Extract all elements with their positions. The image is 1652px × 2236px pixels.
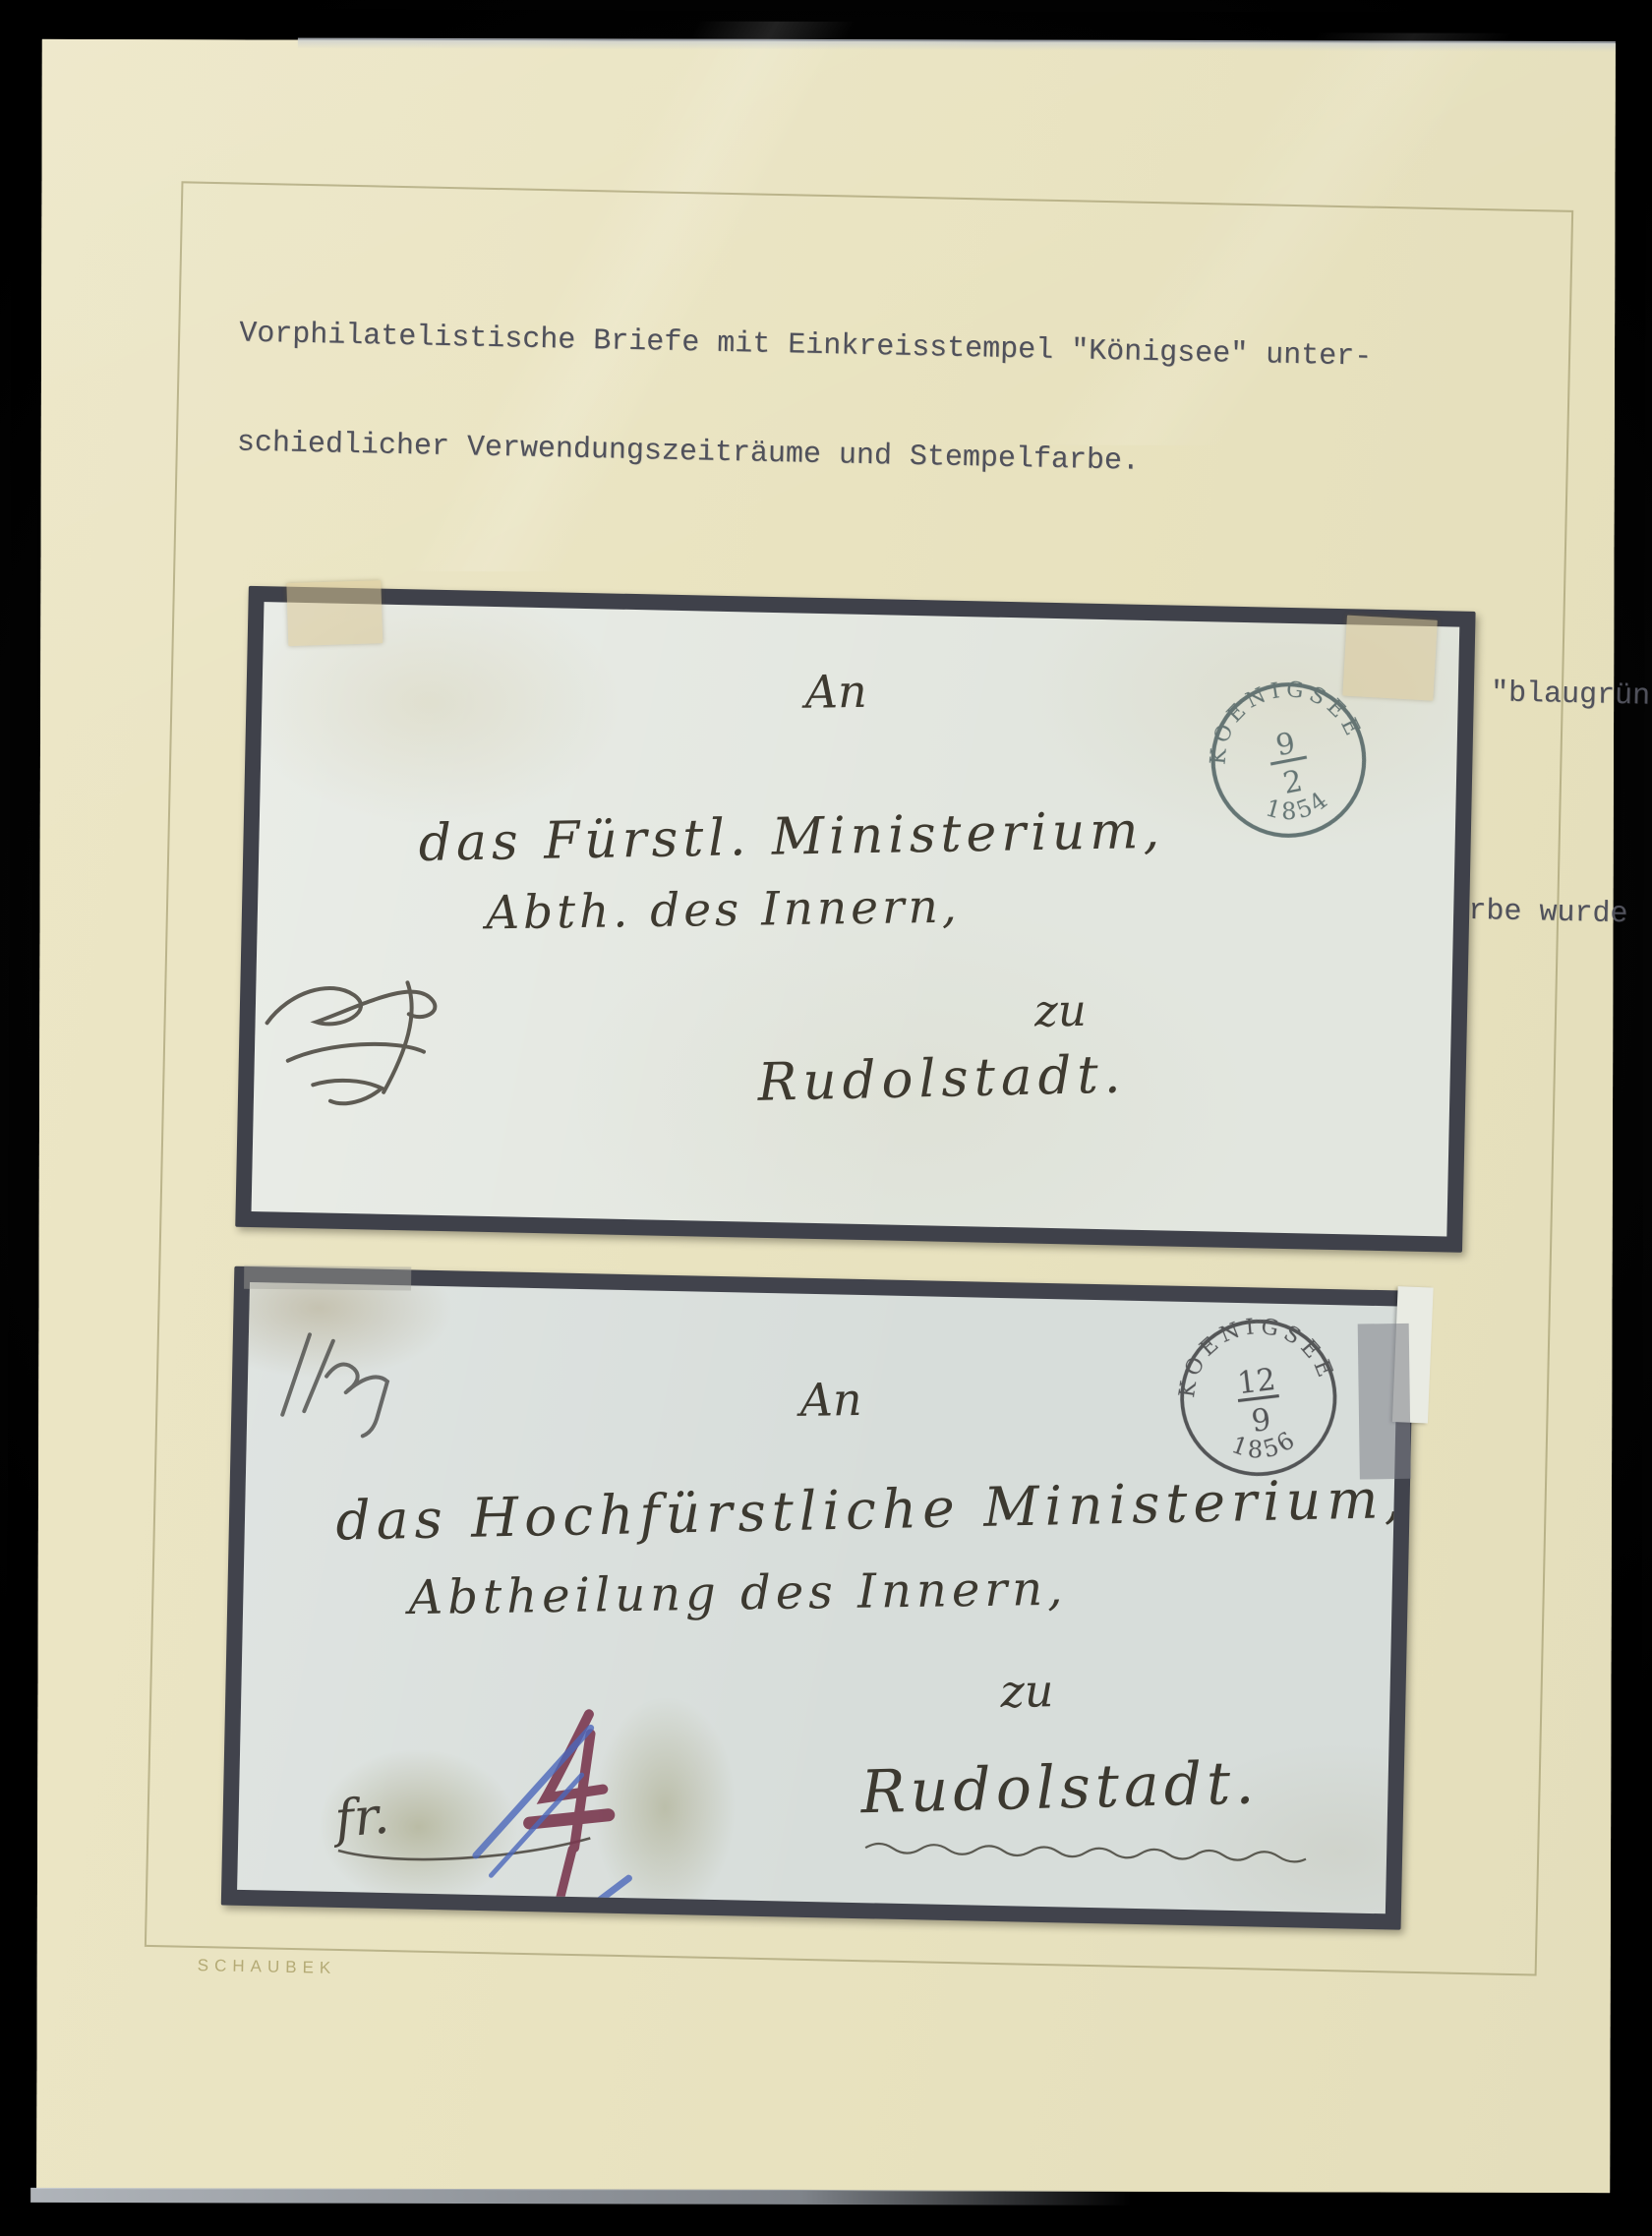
address-preposition: zu xyxy=(1034,984,1087,1037)
heading-line: Vorphilatelistische Briefe mit Einkreiss… xyxy=(239,317,1547,381)
handwritten-docket xyxy=(266,1318,406,1439)
address-line: Abth. des Innern, xyxy=(486,880,961,941)
tape-remnant xyxy=(1342,616,1437,701)
tape-remnant xyxy=(286,580,383,646)
postmark-koenigsee-1856: KOENIGSEE 12 9 1856 xyxy=(1166,1306,1350,1490)
mat-wear xyxy=(244,1265,411,1291)
letter-1856-paper: An das Hochfürstliche Ministerium, Abthe… xyxy=(237,1282,1398,1913)
cover-1854: An das Fürstl. Ministerium, Abth. des In… xyxy=(235,586,1475,1253)
address-city: Rudolstadt. xyxy=(860,1748,1260,1827)
heading-line: schiedlicher Verwendungszeiträume und St… xyxy=(237,426,1545,490)
address-line: das Fürstl. Ministerium, xyxy=(418,801,1164,873)
address-preposition: zu xyxy=(1000,1664,1054,1718)
aging-stain xyxy=(314,1744,523,1911)
sleeve-edge-top xyxy=(298,38,1616,53)
mat-wear xyxy=(1358,1324,1411,1480)
postmark-month: 9 xyxy=(1250,1403,1272,1440)
album-page: Vorphilatelistische Briefe mit Einkreiss… xyxy=(36,39,1616,2193)
address-salutation: An xyxy=(799,1373,862,1427)
address-line: Abtheilung des Innern, xyxy=(408,1561,1068,1625)
handwritten-paraph xyxy=(257,954,472,1130)
pencil-strokes xyxy=(460,1708,711,1914)
letter-1854-paper: An das Fürstl. Ministerium, Abth. des In… xyxy=(252,602,1460,1236)
album-brand-imprint: SCHAUBEK xyxy=(198,1956,337,1978)
franco-text: fr. xyxy=(331,1787,391,1851)
page-frame-rule: Vorphilatelistische Briefe mit Einkreiss… xyxy=(145,181,1573,1975)
photo-background: Vorphilatelistische Briefe mit Einkreiss… xyxy=(0,0,1652,2236)
sleeve-edge-bottom xyxy=(30,2188,1132,2206)
address-salutation: An xyxy=(804,665,867,719)
address-city: Rudolstadt. xyxy=(757,1044,1127,1112)
rate-mark-crayon xyxy=(494,1698,656,1913)
city-underline xyxy=(863,1834,1326,1865)
franco-mark: fr. xyxy=(331,1776,599,1890)
cover-1856: An das Hochfürstliche Ministerium, Abthe… xyxy=(221,1266,1414,1930)
aging-stain xyxy=(589,1690,741,1913)
